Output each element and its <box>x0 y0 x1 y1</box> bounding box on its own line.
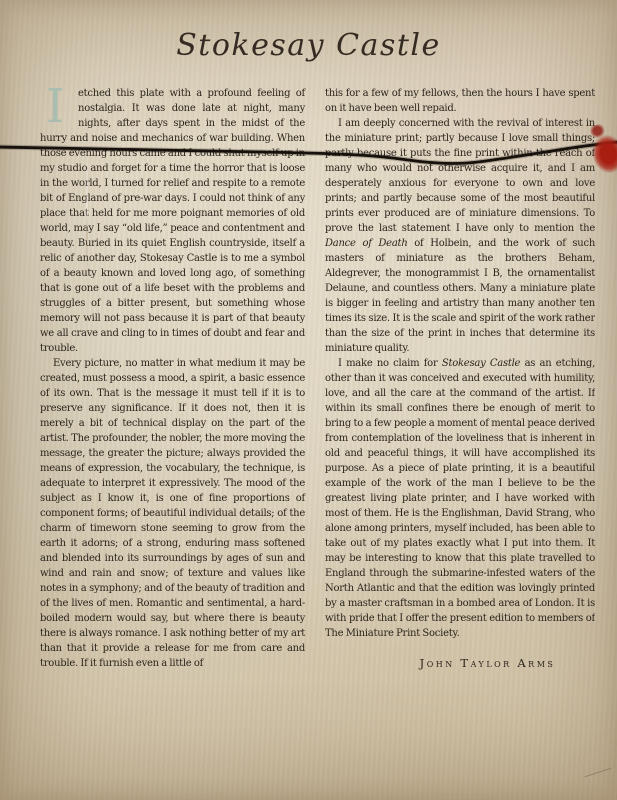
text-segment: I am deeply concerned with the revival o… <box>325 118 595 234</box>
paragraph: Every picture, no matter in what medium … <box>40 356 305 671</box>
page-title: Stokesay Castle <box>0 28 617 63</box>
text-segment: this for a few of my fellows, then the h… <box>325 88 595 114</box>
text-segment: etched this plate with a profound feelin… <box>40 88 305 354</box>
text-segment: I make no claim for <box>338 358 442 369</box>
author-signature: John Taylor Arms <box>325 656 595 671</box>
right-column: this for a few of my fellows, then the h… <box>325 86 595 794</box>
paragraph: this for a few of my fellows, then the h… <box>325 86 595 116</box>
paper-crease <box>86 150 88 290</box>
text-segment: of Holbein, and the work of such masters… <box>325 238 595 354</box>
paragraph: I am deeply concerned with the revival o… <box>325 116 595 356</box>
text-segment: Every picture, no matter in what medium … <box>40 358 305 669</box>
italic-text-segment: Dance of Death <box>325 238 408 249</box>
drop-cap-letter: I <box>40 87 70 131</box>
text-columns: Ietched this plate with a profound feeli… <box>40 86 595 794</box>
paragraph: Ietched this plate with a profound feeli… <box>40 86 305 356</box>
paragraph: I make no claim for Stokesay Castle as a… <box>325 356 595 641</box>
text-segment: as an etching, other than it was conceiv… <box>325 358 595 639</box>
left-column: Ietched this plate with a profound feeli… <box>40 86 305 794</box>
photograph-of-printed-page: Stokesay Castle Ietched this plate with … <box>0 0 617 800</box>
italic-text-segment: Stokesay Castle <box>442 358 520 369</box>
